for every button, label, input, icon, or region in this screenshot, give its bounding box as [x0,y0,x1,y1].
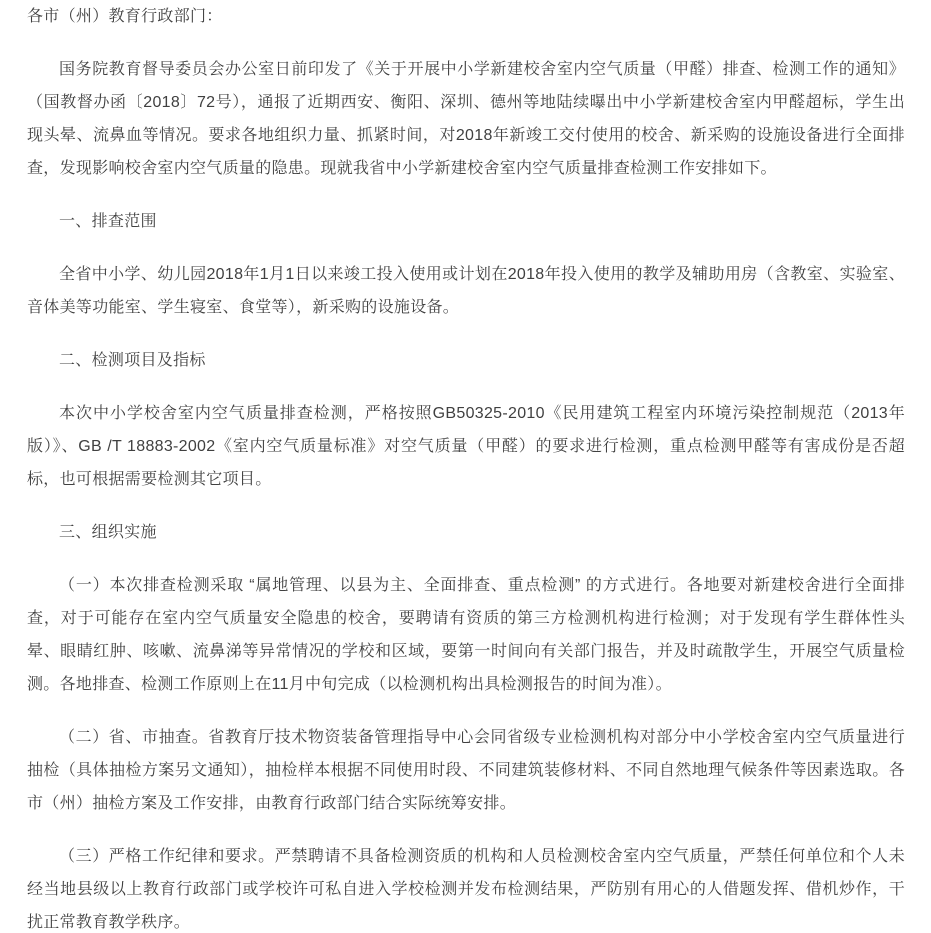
paragraph-standards: 本次中小学校舍室内空气质量排查检测，严格按照GB50325-2010《民用建筑工… [27,397,905,496]
section-heading-3: 三、组织实施 [27,516,905,549]
paragraph-implementation-1: （一）本次排查检测采取 “属地管理、以县为主、全面排查、重点检测” 的方式进行。… [27,569,905,701]
paragraph-scope: 全省中小学、幼儿园2018年1月1日以来竣工投入使用或计划在2018年投入使用的… [27,258,905,324]
section-heading-1: 一、排查范围 [27,205,905,238]
page: { "colors": { "background": "#ffffff", "… [0,0,931,933]
paragraph-implementation-2: （二）省、市抽查。省教育厅技术物资装备管理指导中心会同省级专业检测机构对部分中小… [27,721,905,820]
paragraph-implementation-3: （三）严格工作纪律和要求。严禁聘请不具备检测资质的机构和人员检测校舍室内空气质量… [27,840,905,933]
section-heading-2: 二、检测项目及指标 [27,344,905,377]
salutation: 各市（州）教育行政部门： [27,0,905,33]
paragraph-intro: 国务院教育督导委员会办公室日前印发了《关于开展中小学新建校舍室内空气质量（甲醛）… [27,53,905,185]
document-body: 各市（州）教育行政部门： 国务院教育督导委员会办公室日前印发了《关于开展中小学新… [0,0,931,933]
